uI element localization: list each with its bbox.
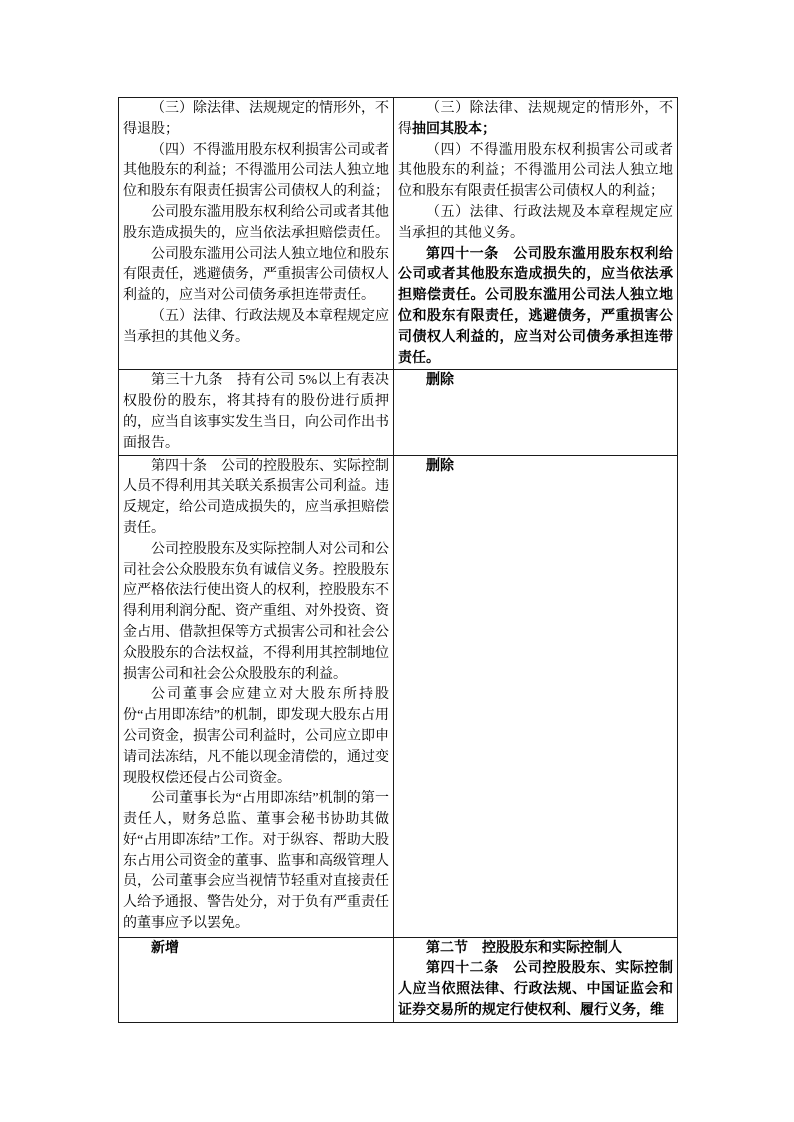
table-cell-right: 删除 <box>394 455 678 937</box>
text-run: 删除 <box>426 373 454 388</box>
text-run: 抽回其股本； <box>412 122 496 137</box>
paragraph: 新增 <box>123 939 389 960</box>
text-run: 公司股东滥用股东权利给公司或者其他股东造成损失的，应当依法承担赔偿责任。 <box>123 205 389 241</box>
paragraph: 公司董事长为“占用即冻结”机制的第一责任人，财务总监、董事会秘书协助其做好“占用… <box>123 789 389 935</box>
text-run: 第三十九条 持有公司 5%以上有表决权股份的股东，将其持有的股份进行质押的，应当… <box>123 373 389 450</box>
text-run: 第四十条 公司的控股股东、实际控制人员不得利用其关联关系损害公司利益。违反规定，… <box>123 459 389 536</box>
paragraph: 第三十九条 持有公司 5%以上有表决权股份的股东，将其持有的股份进行质押的，应当… <box>123 371 389 454</box>
table-row: （三）除法律、法规规定的情形外，不得退股；（四）不得滥用股东权利损害公司或者其他… <box>119 98 678 370</box>
paragraph: 公司董事会应建立对大股东所持股份“占用即冻结”的机制，即发现大股东占用公司资金，… <box>123 685 389 789</box>
table-cell-left: （三）除法律、法规规定的情形外，不得退股；（四）不得滥用股东权利损害公司或者其他… <box>119 98 394 370</box>
text-run: 删除 <box>426 459 454 474</box>
text-run: 第二节 控股股东和实际控制人 <box>426 941 622 956</box>
paragraph: 公司股东滥用股东权利给公司或者其他股东造成损失的，应当依法承担赔偿责任。 <box>123 203 389 245</box>
paragraph: （五）法律、行政法规及本章程规定应当承担的其他义务。 <box>398 203 673 245</box>
paragraph: （五）法律、行政法规及本章程规定应当承担的其他义务。 <box>123 307 389 349</box>
comparison-table: （三）除法律、法规规定的情形外，不得退股；（四）不得滥用股东权利损害公司或者其他… <box>118 97 678 1023</box>
document-page: （三）除法律、法规规定的情形外，不得退股；（四）不得滥用股东权利损害公司或者其他… <box>0 0 794 1122</box>
text-run: 公司控股股东及实际控制人对公司和公司社会公众股股东负有诚信义务。控股股东应严格依… <box>123 542 389 682</box>
paragraph: 第四十二条 公司控股股东、实际控制人应当依照法律、行政法规、中国证监会和证券交易… <box>398 959 673 1021</box>
table-cell-left: 第三十九条 持有公司 5%以上有表决权股份的股东，将其持有的股份进行质押的，应当… <box>119 370 394 455</box>
text-run: （五）法律、行政法规及本章程规定应当承担的其他义务。 <box>398 205 673 241</box>
text-run: （五）法律、行政法规及本章程规定应当承担的其他义务。 <box>123 309 389 345</box>
text-run: （三）除法律、法规规定的情形外，不得退股； <box>123 101 389 137</box>
text-run: 公司董事长为“占用即冻结”机制的第一责任人，财务总监、董事会秘书协助其做好“占用… <box>123 791 389 931</box>
paragraph: （三）除法律、法规规定的情形外，不得退股； <box>123 99 389 141</box>
text-run: （四）不得滥用股东权利损害公司或者其他股东的利益；不得滥用公司法人独立地位和股东… <box>398 143 673 200</box>
text-run: 第四十二条 公司控股股东、实际控制人应当依照法律、行政法规、中国证监会和证券交易… <box>398 961 673 1018</box>
paragraph: 删除 <box>398 457 673 478</box>
table-row: 新增第二节 控股股东和实际控制人第四十二条 公司控股股东、实际控制人应当依照法律… <box>119 937 678 1022</box>
table-row: 第四十条 公司的控股股东、实际控制人员不得利用其关联关系损害公司利益。违反规定，… <box>119 455 678 937</box>
table-cell-right: 删除 <box>394 370 678 455</box>
paragraph: 第二节 控股股东和实际控制人 <box>398 939 673 960</box>
paragraph: 第四十条 公司的控股股东、实际控制人员不得利用其关联关系损害公司利益。违反规定，… <box>123 457 389 540</box>
paragraph: 公司股东滥用公司法人独立地位和股东有限责任，逃避债务，严重损害公司债权人利益的，… <box>123 245 389 307</box>
text-run: 第四十一条 公司股东滥用股东权利给公司或者其他股东造成损失的，应当依法承担赔偿责… <box>398 247 673 366</box>
text-run: 公司股东滥用公司法人独立地位和股东有限责任，逃避债务，严重损害公司债权人利益的，… <box>123 247 389 304</box>
table-cell-left: 新增 <box>119 937 394 1022</box>
table-cell-right: （三）除法律、法规规定的情形外，不得抽回其股本；（四）不得滥用股东权利损害公司或… <box>394 98 678 370</box>
table-cell-left: 第四十条 公司的控股股东、实际控制人员不得利用其关联关系损害公司利益。违反规定，… <box>119 455 394 937</box>
table-cell-right: 第二节 控股股东和实际控制人第四十二条 公司控股股东、实际控制人应当依照法律、行… <box>394 937 678 1022</box>
paragraph: 公司控股股东及实际控制人对公司和公司社会公众股股东负有诚信义务。控股股东应严格依… <box>123 540 389 686</box>
text-run: 公司董事会应建立对大股东所持股份“占用即冻结”的机制，即发现大股东占用公司资金，… <box>123 687 389 785</box>
text-run: 新增 <box>151 941 179 956</box>
text-run: （四）不得滥用股东权利损害公司或者其他股东的利益；不得滥用公司法人独立地位和股东… <box>123 143 389 200</box>
paragraph: （三）除法律、法规规定的情形外，不得抽回其股本； <box>398 99 673 141</box>
paragraph: （四）不得滥用股东权利损害公司或者其他股东的利益；不得滥用公司法人独立地位和股东… <box>123 141 389 203</box>
table-row: 第三十九条 持有公司 5%以上有表决权股份的股东，将其持有的股份进行质押的，应当… <box>119 370 678 455</box>
paragraph: 删除 <box>398 371 673 392</box>
paragraph: 第四十一条 公司股东滥用股东权利给公司或者其他股东造成损失的，应当依法承担赔偿责… <box>398 245 673 370</box>
table-body: （三）除法律、法规规定的情形外，不得退股；（四）不得滥用股东权利损害公司或者其他… <box>119 98 678 1023</box>
paragraph: （四）不得滥用股东权利损害公司或者其他股东的利益；不得滥用公司法人独立地位和股东… <box>398 141 673 203</box>
